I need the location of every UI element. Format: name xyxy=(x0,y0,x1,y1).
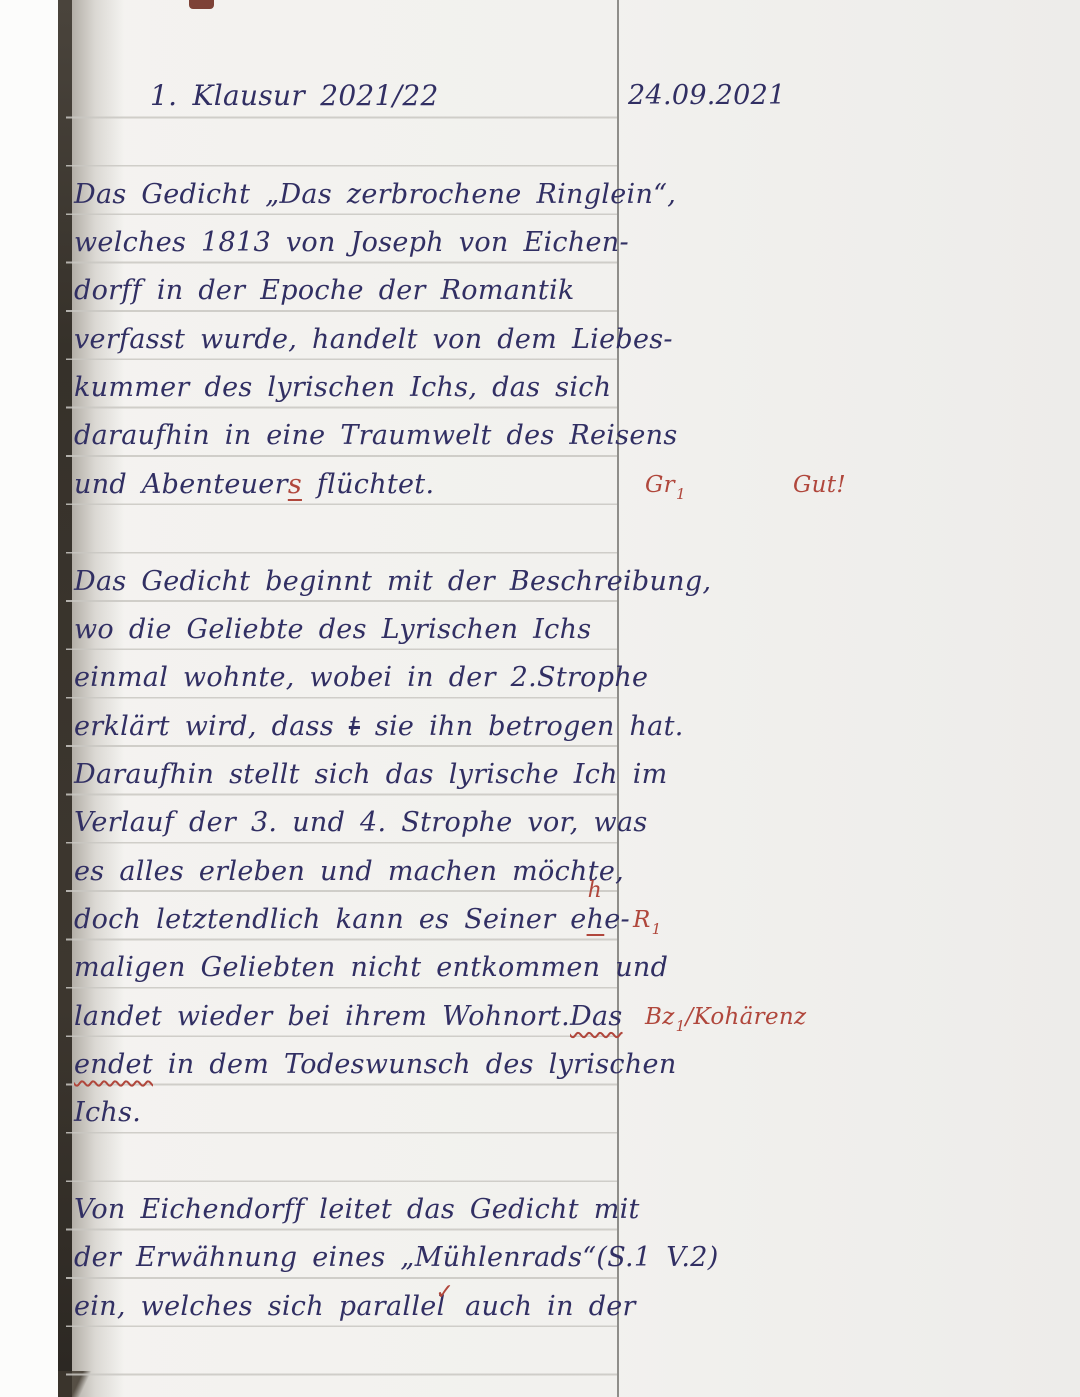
handwriting-line: es alles erleben und machen möchte, xyxy=(74,852,624,892)
text-segment: e- xyxy=(604,904,630,935)
text-segment: wo die Geliebte des Lyrischen Ichs xyxy=(74,614,591,645)
text-segment: in dem Todeswunsch des lyrischen xyxy=(153,1049,677,1080)
handwriting-line: Daraufhin stellt sich das lyrische Ich i… xyxy=(74,755,668,795)
text-segment-sub: 1 xyxy=(676,485,686,503)
handwriting-line: Das Gedicht beginnt mit der Beschreibung… xyxy=(74,562,711,602)
teacher-note: Bz1/Kohärenz xyxy=(645,997,806,1037)
handwriting-line: kummer des lyrischen Ichs, das sich xyxy=(74,368,611,408)
page-top-notch xyxy=(189,0,214,9)
text-segment: und Abenteuer xyxy=(74,469,288,500)
text-segment: landet wieder bei ihrem Wohnort. xyxy=(74,1001,570,1032)
text-segment: Von Eichendorff leitet das Gedicht mit xyxy=(74,1194,640,1225)
text-segment: Verlauf der 3. und 4. Strophe vor, was xyxy=(74,807,648,838)
text-segment: dorff in der Epoche der Romantik xyxy=(74,275,575,306)
text-segment: R xyxy=(633,907,651,933)
text-segment: Bz xyxy=(645,1004,675,1030)
teacher-note: Gr1 xyxy=(645,465,686,505)
teacher-note: Gut! xyxy=(793,465,846,505)
text-segment: Das Gedicht beginnt mit der Beschreibung… xyxy=(74,566,711,597)
text-segment-reds: s xyxy=(288,469,302,500)
handwriting-line: Ichs. xyxy=(74,1093,141,1133)
handwriting-line: maligen Geliebten nicht entkommen und xyxy=(74,948,668,988)
handwriting-line: ein, welches sich parallel✓ auch in der xyxy=(74,1287,636,1327)
text-segment: doch letztendlich kann es Seiner e xyxy=(74,904,587,935)
text-segment: maligen Geliebten nicht entkommen und xyxy=(74,952,668,983)
text-segment-wavy: endet xyxy=(74,1049,153,1080)
text-segment: Ichs. xyxy=(74,1097,141,1128)
text-segment: es alles erleben und machen möchte, xyxy=(74,856,624,887)
text-segment: verfasst wurde, handelt von dem Liebes- xyxy=(74,324,673,355)
text-segment: ein, welches sich parallel xyxy=(74,1291,445,1322)
text-segment: kummer des lyrischen Ichs, das sich xyxy=(74,372,611,403)
page-title: 1. Klausur 2021/22 xyxy=(150,76,439,116)
text-segment: welches 1813 von Joseph von Eichen- xyxy=(74,227,629,258)
handwriting-line: einmal wohnte, wobei in der 2.Strophe xyxy=(74,658,648,698)
text-segment-check: ✓ xyxy=(435,1280,454,1305)
handwriting-line: und Abenteuers flüchtet. xyxy=(74,465,434,505)
text-segment-wavy: Das xyxy=(570,1001,623,1032)
text-segment-redh: hh xyxy=(587,904,605,935)
text-segment: Daraufhin stellt sich das lyrische Ich i… xyxy=(74,759,668,790)
text-segment: Das Gedicht „Das zerbrochene Ringlein“, xyxy=(74,179,676,210)
text-segment: /Kohärenz xyxy=(685,1004,806,1030)
handwriting-line: welches 1813 von Joseph von Eichen- xyxy=(74,223,629,263)
scan-background xyxy=(0,0,58,1397)
text-segment: Gut! xyxy=(793,472,846,498)
handwriting-line: dorff in der Epoche der Romantik xyxy=(74,271,575,311)
text-segment: der Erwähnung eines „Mühlenrads“(S.1 V.2… xyxy=(74,1242,719,1273)
text-segment-strike: t xyxy=(349,711,360,742)
teacher-note: R1 xyxy=(633,900,661,940)
text-segment: sie ihn betrogen hat. xyxy=(360,711,684,742)
handwriting-line: verfasst wurde, handelt von dem Liebes- xyxy=(74,320,673,360)
handwriting-line: erklärt wird, dass t sie ihn betrogen ha… xyxy=(74,707,684,747)
handwriting-line: landet wieder bei ihrem Wohnort.Das xyxy=(74,997,623,1037)
handwriting-line: wo die Geliebte des Lyrischen Ichs xyxy=(74,610,591,650)
handwriting-line: endet in dem Todeswunsch des lyrischen xyxy=(74,1045,677,1085)
text-segment-sub: 1 xyxy=(652,920,662,938)
date: 24.09.2021 xyxy=(628,76,786,116)
handwriting-line: Von Eichendorff leitet das Gedicht mit xyxy=(74,1190,640,1230)
notebook-page: 1. Klausur 2021/22 24.09.2021 Das Gedich… xyxy=(0,0,1080,1397)
text-segment: erklärt wird, dass xyxy=(74,711,349,742)
text-segment-sub: 1 xyxy=(676,1017,686,1035)
handwriting-line: Das Gedicht „Das zerbrochene Ringlein“, xyxy=(74,175,676,215)
text-segment: Gr xyxy=(645,472,675,498)
text-segment: einmal wohnte, wobei in der 2.Strophe xyxy=(74,662,648,693)
red-correction-letter: h xyxy=(588,880,602,902)
handwriting-line: doch letztendlich kann es Seiner ehhe- xyxy=(74,900,630,940)
text-segment: auch in der xyxy=(450,1291,636,1322)
handwriting-line: daraufhin in eine Traumwelt des Reisens xyxy=(74,416,678,456)
text-segment: daraufhin in eine Traumwelt des Reisens xyxy=(74,420,678,451)
handwriting-line: der Erwähnung eines „Mühlenrads“(S.1 V.2… xyxy=(74,1238,719,1278)
handwriting-line: Verlauf der 3. und 4. Strophe vor, was xyxy=(74,803,648,843)
text-segment: flüchtet. xyxy=(302,469,434,500)
